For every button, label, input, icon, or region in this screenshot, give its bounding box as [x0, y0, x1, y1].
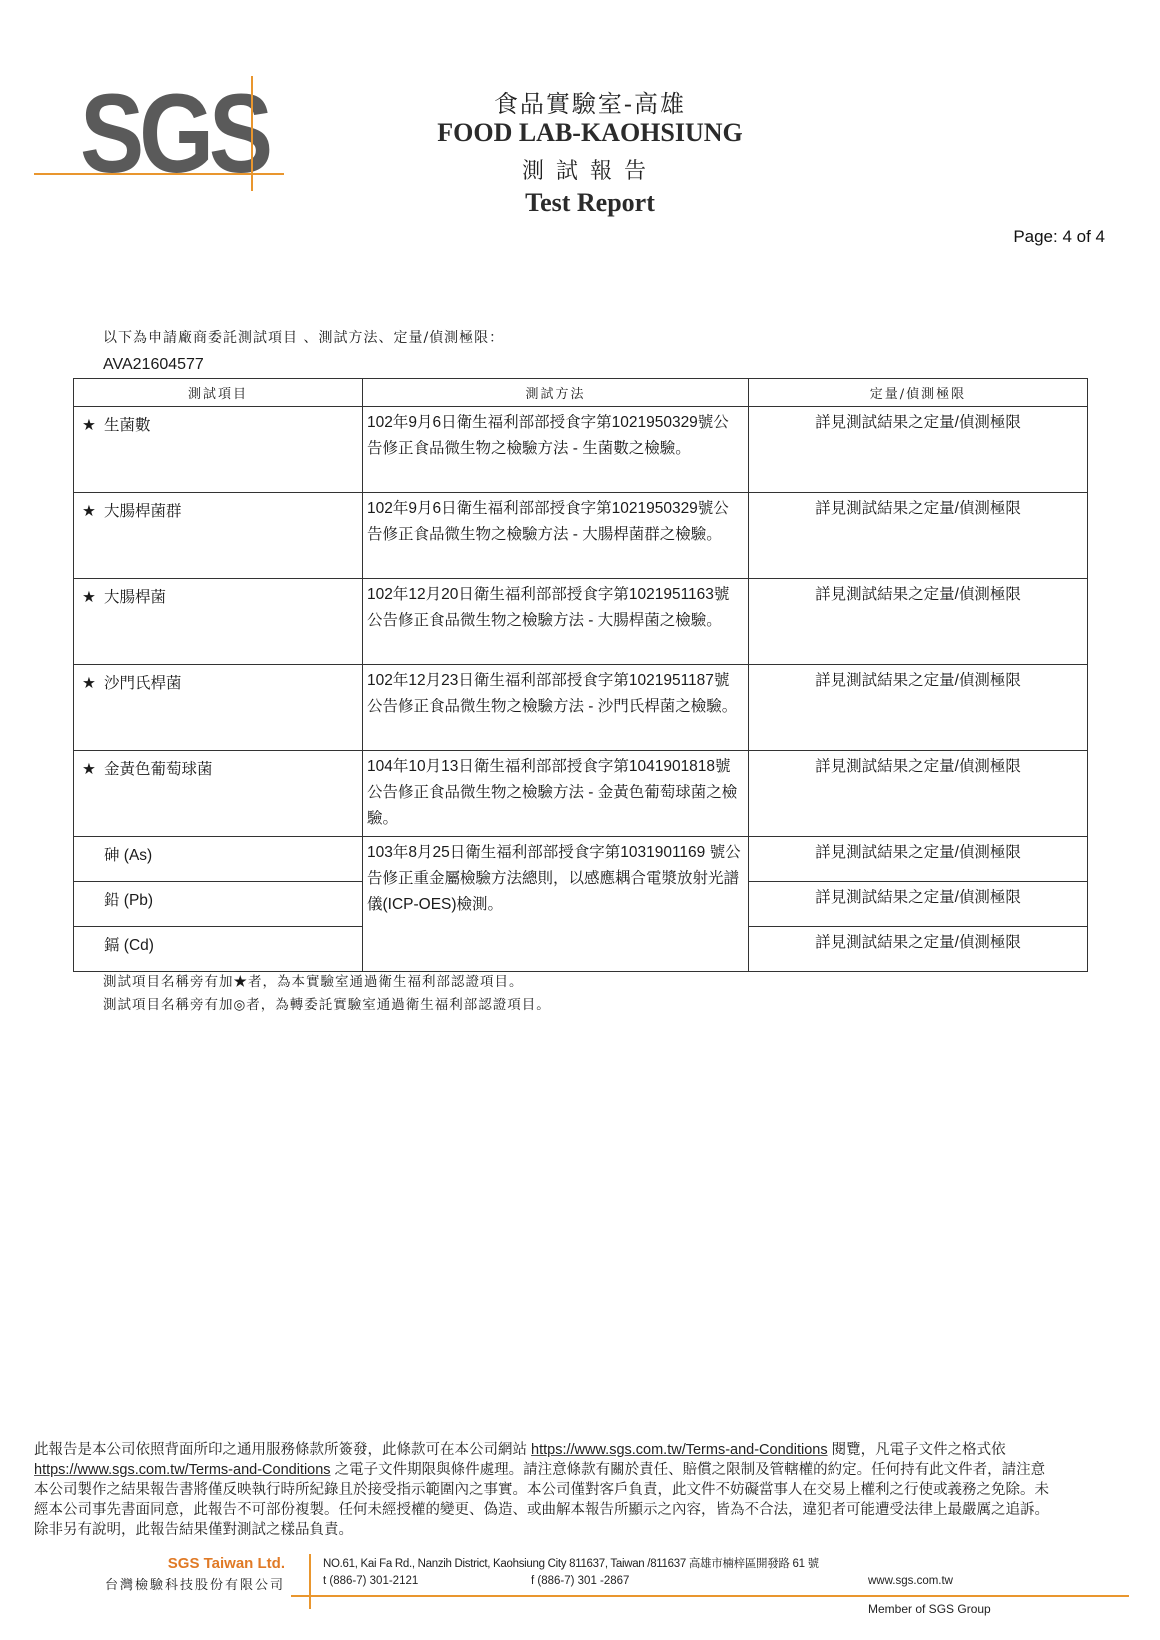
note-double-circle: 測試項目名稱旁有加◎者，為轉委託實驗室通過衛生福利部認證項目。: [103, 993, 551, 1013]
star-icon: ★: [82, 585, 104, 611]
test-item-name: 大腸桿菌群: [104, 503, 182, 520]
company-name-zh: 台灣檢驗科技股份有限公司: [100, 1574, 285, 1593]
lab-title-en: FOOD LAB-KAOHSIUNG: [380, 118, 800, 148]
limit-cell: 詳見測試結果之定量/偵測極限: [749, 665, 1088, 751]
limit-cell: 詳見測試結果之定量/偵測極限: [749, 882, 1088, 927]
company-fax: f (886-7) 301 -2867: [531, 1575, 629, 1587]
test-item-cell: ★大腸桿菌: [74, 579, 363, 665]
test-item-cell: ★大腸桿菌群: [74, 493, 363, 579]
test-item-cell: 鎘 (Cd): [74, 927, 363, 972]
test-item-name: 鉛 (Pb): [104, 892, 153, 909]
table-row: ★沙門氏桿菌 102年12月23日衛生福利部部授食字第1021951187號公告…: [74, 665, 1088, 751]
table-row: 砷 (As) 103年8月25日衛生福利部部授食字第1031901169 號公告…: [74, 837, 1088, 882]
page-number: Page: 4 of 4: [1013, 227, 1105, 247]
star-icon: ★: [82, 499, 104, 525]
test-method-cell: 103年8月25日衛生福利部部授食字第1031901169 號公告修正重金屬檢驗…: [363, 837, 749, 972]
terms-link[interactable]: https://www.sgs.com.tw/Terms-and-Conditi…: [34, 1462, 331, 1478]
limit-cell: 詳見測試結果之定量/偵測極限: [749, 579, 1088, 665]
company-phone: t (886-7) 301-2121: [323, 1575, 418, 1587]
company-name: SGS Taiwan Ltd. 台灣檢驗科技股份有限公司: [100, 1555, 285, 1593]
test-item-name: 鎘 (Cd): [104, 937, 154, 954]
logo-vertical-line: [251, 76, 253, 191]
test-spec-table: 測試項目 測試方法 定量/偵測極限 ★生菌數 102年9月6日衛生福利部部授食字…: [73, 378, 1088, 972]
star-icon: ★: [82, 413, 104, 439]
test-method-cell: 102年9月6日衛生福利部部授食字第1021950329號公告修正食品微生物之檢…: [363, 407, 749, 493]
table-row: ★大腸桿菌 102年12月20日衛生福利部部授食字第1021951163號公告修…: [74, 579, 1088, 665]
test-item-cell: 砷 (As): [74, 837, 363, 882]
report-title-en: Test Report: [380, 188, 800, 218]
note-star: 測試項目名稱旁有加★者，為本實驗室通過衛生福利部認證項目。: [103, 970, 524, 990]
test-item-cell: ★沙門氏桿菌: [74, 665, 363, 751]
table-row: ★金黃色葡萄球菌 104年10月13日衛生福利部部授食字第1041901818號…: [74, 751, 1088, 837]
limit-cell: 詳見測試結果之定量/偵測極限: [749, 751, 1088, 837]
footer-horizontal-line: [291, 1595, 1129, 1597]
test-item-cell: ★生菌數: [74, 407, 363, 493]
terms-link[interactable]: https://www.sgs.com.tw/Terms-and-Conditi…: [531, 1442, 828, 1458]
table-header-row: 測試項目 測試方法 定量/偵測極限: [74, 379, 1088, 407]
company-website[interactable]: www.sgs.com.tw: [868, 1575, 953, 1587]
report-title-zh: 測試報告: [380, 154, 800, 185]
test-item-name: 大腸桿菌: [104, 589, 166, 606]
test-item-cell: 鉛 (Pb): [74, 882, 363, 927]
column-header-limit: 定量/偵測極限: [749, 379, 1088, 407]
star-icon: ★: [82, 671, 104, 697]
company-name-en: SGS Taiwan Ltd.: [100, 1555, 285, 1572]
intro-text: 以下為申請廠商委託測試項目 、測試方法、定量/偵測極限：: [103, 327, 504, 347]
legal-disclaimer: 此報告是本公司依照背面所印之通用服務條款所簽發，此條款可在本公司網站 https…: [34, 1440, 1124, 1540]
company-address: NO.61, Kai Fa Rd., Nanzih District, Kaoh…: [323, 1555, 819, 1571]
star-icon: ★: [82, 757, 104, 783]
test-item-name: 砷 (As): [104, 847, 152, 864]
test-method-cell: 102年12月20日衛生福利部部授食字第1021951163號公告修正食品微生物…: [363, 579, 749, 665]
test-item-name: 生菌數: [104, 417, 151, 434]
table-row: ★生菌數 102年9月6日衛生福利部部授食字第1021950329號公告修正食品…: [74, 407, 1088, 493]
limit-cell: 詳見測試結果之定量/偵測極限: [749, 927, 1088, 972]
report-id: AVA21604577: [103, 356, 204, 374]
test-item-cell: ★金黃色葡萄球菌: [74, 751, 363, 837]
test-item-name: 金黃色葡萄球菌: [104, 761, 213, 778]
lab-title-zh: 食品實驗室-高雄: [380, 84, 800, 119]
limit-cell: 詳見測試結果之定量/偵測極限: [749, 407, 1088, 493]
limit-cell: 詳見測試結果之定量/偵測極限: [749, 837, 1088, 882]
logo-horizontal-line: [34, 173, 284, 175]
test-item-name: 沙門氏桿菌: [104, 675, 182, 692]
footer-vertical-line: [309, 1554, 311, 1609]
member-of-group: Member of SGS Group: [868, 1602, 991, 1616]
test-method-cell: 102年12月23日衛生福利部部授食字第1021951187號公告修正食品微生物…: [363, 665, 749, 751]
test-method-cell: 102年9月6日衛生福利部部授食字第1021950329號公告修正食品微生物之檢…: [363, 493, 749, 579]
column-header-method: 測試方法: [363, 379, 749, 407]
limit-cell: 詳見測試結果之定量/偵測極限: [749, 493, 1088, 579]
table-row: ★大腸桿菌群 102年9月6日衛生福利部部授食字第1021950329號公告修正…: [74, 493, 1088, 579]
column-header-item: 測試項目: [74, 379, 363, 407]
test-method-cell: 104年10月13日衛生福利部部授食字第1041901818號公告修正食品微生物…: [363, 751, 749, 837]
